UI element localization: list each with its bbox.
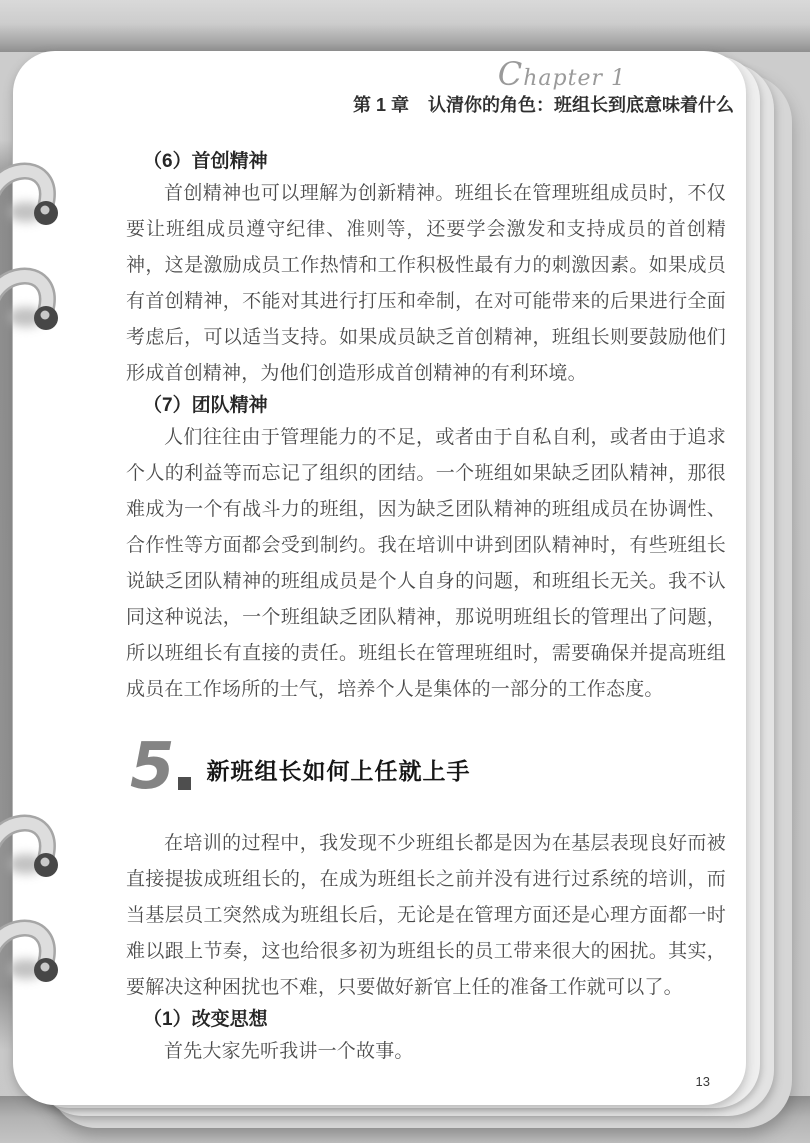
binder-ring-icon [0, 149, 66, 239]
paragraph: 首创精神也可以理解为创新精神。班组长在管理班组成员时，不仅要让班组成员遵守纪律、… [126, 176, 726, 392]
section-number-period [178, 777, 191, 790]
paragraph: 首先大家先听我讲一个故事。 [126, 1034, 726, 1070]
book-page: Chapter 1 第 1 章 认清你的角色：班组长到底意味着什么 （6）首创精… [13, 51, 746, 1105]
section-title: 新班组长如何上任就上手 [207, 753, 471, 796]
section-number: 5 [130, 738, 175, 796]
subsection-heading-7: （7）团队精神 [143, 392, 726, 420]
subsection-heading-1: （1）改变思想 [143, 1006, 726, 1034]
chapter-title-line: 第 1 章 认清你的角色：班组长到底意味着什么 [13, 92, 746, 118]
page-body: （6）首创精神 首创精神也可以理解为创新精神。班组长在管理班组成员时，不仅要让班… [126, 148, 726, 1070]
chapter-header: Chapter 1 第 1 章 认清你的角色：班组长到底意味着什么 [13, 51, 746, 118]
backdrop-top-shading [0, 0, 810, 52]
paragraph: 人们往往由于管理能力的不足，或者由于自私自利，或者由于追求个人的利益等而忘记了组… [126, 420, 726, 708]
binder-ring-icon [0, 906, 66, 996]
chapter-script-label: Chapter 1 [13, 61, 746, 92]
page-number: 13 [696, 1074, 710, 1089]
book-photo-backdrop: Chapter 1 第 1 章 认清你的角色：班组长到底意味着什么 （6）首创精… [0, 0, 810, 1143]
section-heading-5: 5 新班组长如何上任就上手 [130, 730, 726, 796]
binder-ring-icon [0, 254, 66, 344]
chapter-title: 认清你的角色：班组长到底意味着什么 [428, 95, 734, 115]
paragraph: 在培训的过程中，我发现不少班组长都是因为在基层表现良好而被直接提拔成班组长的，在… [126, 826, 726, 1006]
subsection-heading-6: （6）首创精神 [143, 148, 726, 176]
binder-ring-icon [0, 801, 66, 891]
chapter-number: 第 1 章 [353, 95, 409, 115]
